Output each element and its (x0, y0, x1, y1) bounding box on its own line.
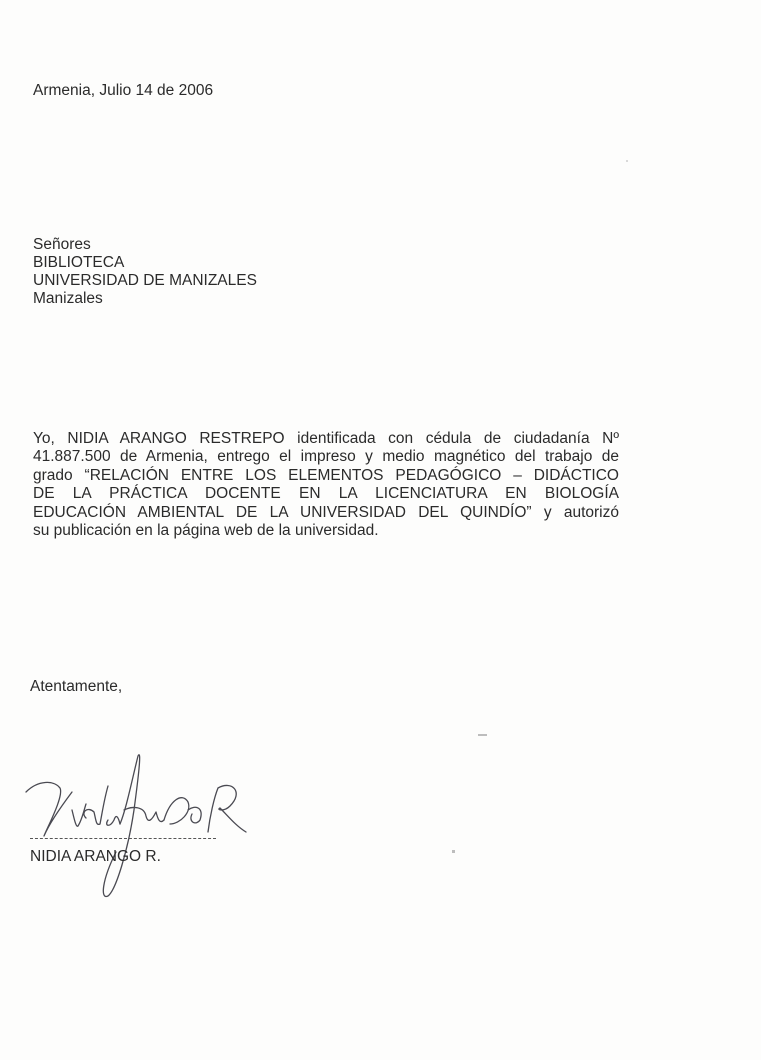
scan-speck (452, 850, 455, 853)
body-line: grado “RELACIÓN ENTRE LOS ELEMENTOS PEDA… (33, 467, 619, 485)
letter-body: Yo, NIDIA ARANGO RESTREPO identificada c… (33, 430, 619, 540)
recipient-institution: UNIVERSIDAD DE MANIZALES (33, 272, 257, 290)
body-line: Yo, NIDIA ARANGO RESTREPO identificada c… (33, 430, 619, 448)
scan-speck (626, 160, 628, 162)
body-line: su publicación en la página web de la un… (33, 522, 619, 540)
scan-speck (478, 734, 487, 736)
signer-name: NIDIA ARANGO R. (30, 848, 161, 866)
recipient-department: BIBLIOTECA (33, 254, 257, 272)
body-line: 41.887.500 de Armenia, entrego el impres… (33, 448, 619, 466)
closing-text: Atentamente, (30, 678, 122, 696)
letter-page: Armenia, Julio 14 de 2006 Señores BIBLIO… (0, 0, 761, 1060)
recipient-city: Manizales (33, 290, 257, 308)
letter-date: Armenia, Julio 14 de 2006 (33, 82, 213, 100)
signature-line (30, 838, 216, 839)
recipient-salutation: Señores (33, 236, 257, 254)
body-line: EDUCACIÓN AMBIENTAL DE LA UNIVERSIDAD DE… (33, 504, 619, 522)
body-line: DE LA PRÁCTICA DOCENTE EN LA LICENCIATUR… (33, 485, 619, 503)
handwritten-signature (20, 740, 250, 900)
recipient-block: Señores BIBLIOTECA UNIVERSIDAD DE MANIZA… (33, 236, 257, 308)
